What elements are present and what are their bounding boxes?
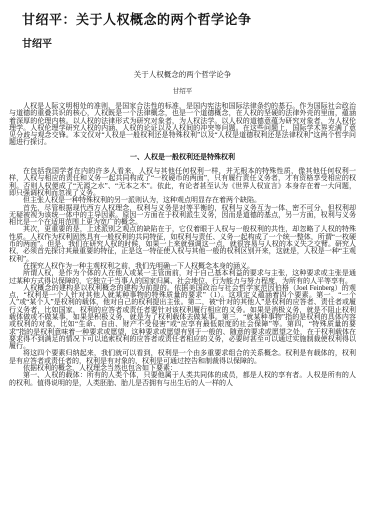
paragraph: 首先，尽管根据现代西方人权理念，权利与义务是对等平衡的，权利与义务互为一体、密不… xyxy=(9,205,356,227)
paragraph: 将这四个要素归纳起来，我们就可以看到，权利是一个由多重要求组合的关系概念。权利是… xyxy=(9,350,356,365)
section-heading-1: 一、人权是一般权利还是特殊权利 xyxy=(9,154,356,161)
paragraph: 所谓人权，是作为个体的人在他人或某一主管面前，对于自己基本利益的要求与主张，这种… xyxy=(9,270,356,285)
paragraph: 第一、人权的载体：所有的人类个体，只要他属于人类共同体的成员，都是人权的享有者。… xyxy=(9,372,356,387)
paragraph: 在包括我国学者在内的许多人看来，人权与其他任何权利一样，并无根本的特殊性质，像其… xyxy=(9,168,356,197)
paragraph: 其次，更重要的是，上述派别之观点的缺陷在于，它仅着眼于人权与一般权利的共性，却忽… xyxy=(9,226,356,262)
article-author: 甘绍平 xyxy=(9,88,356,95)
article-title: 关于人权概念的两个哲学论争 xyxy=(9,71,356,79)
author-byline: 甘绍平 xyxy=(22,39,356,50)
paragraph-intro: 人权是人际文明相处的准则，是国家合法性的标准，是国内宪法和国际法律条约的基石。作… xyxy=(9,103,356,147)
article-body: 人权是人际文明相处的准则，是国家合法性的标准，是国内宪法和国际法律条约的基石。作… xyxy=(9,103,356,387)
paragraph: 人权概念的建构是以权利概念的建构为前提的。依据美国政治与社会哲学家范因伯格（Jo… xyxy=(9,285,356,351)
document-page: 甘绍平：关于人权概念的两个哲学论争 甘绍平 关于人权概念的两个哲学论争 甘绍平 … xyxy=(0,0,365,516)
page-title: 甘绍平：关于人权概念的两个哲学论争 xyxy=(22,12,356,28)
